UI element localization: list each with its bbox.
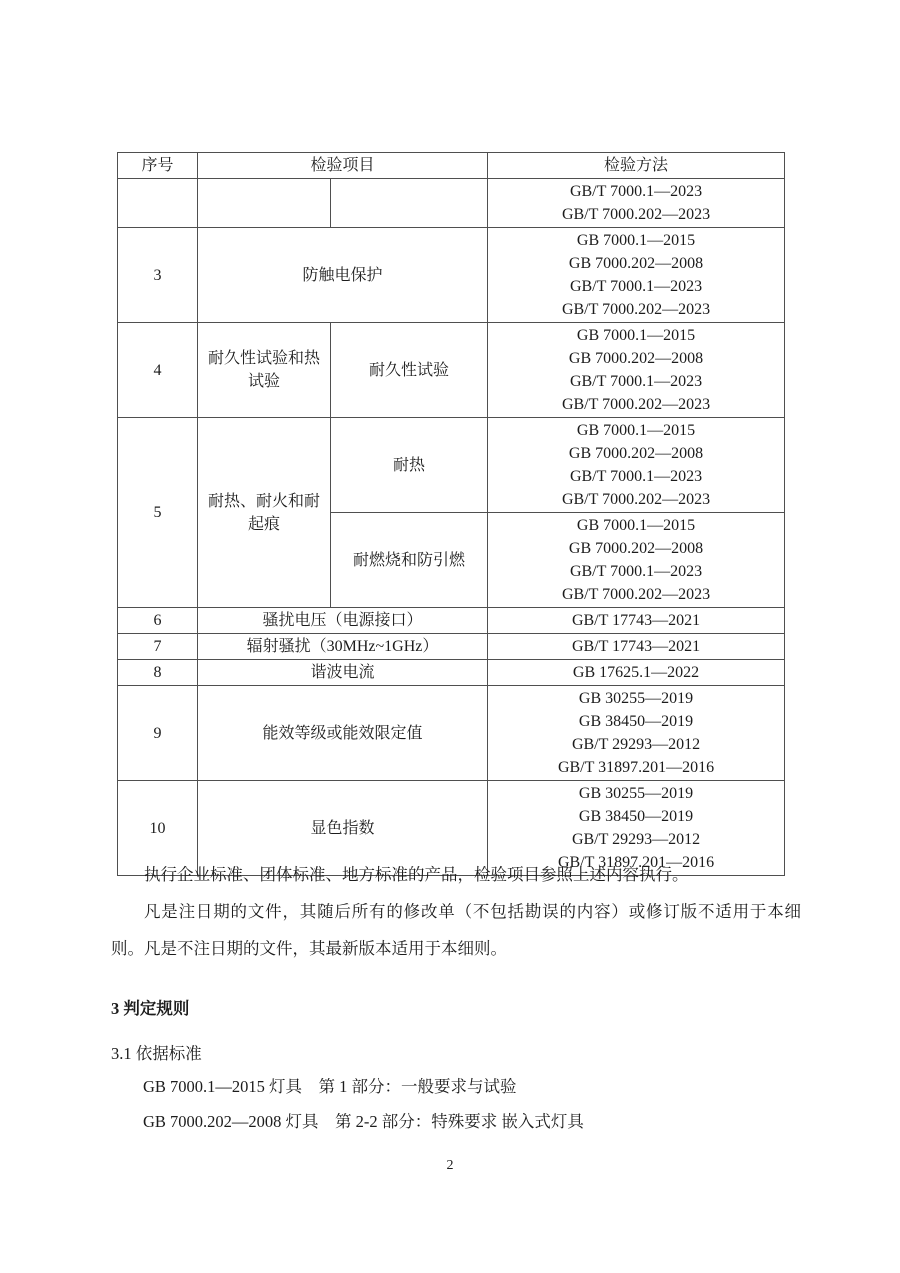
cell-methods: GB 30255—2019 GB 38450—2019 GB/T 29293—2… — [488, 686, 785, 781]
cell-no: 5 — [118, 418, 198, 608]
cell-item: 防触电保护 — [198, 228, 488, 323]
cell-item: 耐热、耐火和耐 起痕 — [198, 418, 331, 608]
cell-no — [118, 179, 198, 228]
cell-methods: GB/T 17743—2021 — [488, 634, 785, 660]
cell-no: 9 — [118, 686, 198, 781]
standard-reference-line: GB 7000.202—2008 灯具 第 2-2 部分：特殊要求 嵌入式灯具 — [143, 1103, 584, 1140]
table-row: 9 能效等级或能效限定值 GB 30255—2019 GB 38450—2019… — [118, 686, 785, 781]
header-cell-no: 序号 — [118, 153, 198, 179]
cell-item — [198, 179, 331, 228]
table-row: GB/T 7000.1—2023 GB/T 7000.202—2023 — [118, 179, 785, 228]
table-header-row: 序号 检验项目 检验方法 — [118, 153, 785, 179]
cell-methods: GB 17625.1—2022 — [488, 660, 785, 686]
cell-item: 能效等级或能效限定值 — [198, 686, 488, 781]
notes-block: 执行企业标准、团体标准、地方标准的产品，检验项目参照上述内容执行。 凡是注日期的… — [111, 856, 801, 967]
cell-item: 谐波电流 — [198, 660, 488, 686]
section-heading-judgment-rules: 3 判定规则 — [111, 990, 189, 1027]
cell-no: 8 — [118, 660, 198, 686]
table-row: 8 谐波电流 GB 17625.1—2022 — [118, 660, 785, 686]
cell-methods: GB 7000.1—2015 GB 7000.202—2008 GB/T 700… — [488, 323, 785, 418]
cell-subitem: 耐燃烧和防引燃 — [331, 513, 488, 608]
section-subheading-basis-standards: 3.1 依据标准 — [111, 1035, 202, 1072]
cell-subitem — [331, 179, 488, 228]
standard-reference-line: GB 7000.1—2015 灯具 第 1 部分：一般要求与试验 — [143, 1068, 517, 1105]
cell-item: 骚扰电压（电源接口） — [198, 608, 488, 634]
cell-methods: GB/T 7000.1—2023 GB/T 7000.202—2023 — [488, 179, 785, 228]
table-row: 6 骚扰电压（电源接口） GB/T 17743—2021 — [118, 608, 785, 634]
cell-methods: GB 7000.1—2015 GB 7000.202—2008 GB/T 700… — [488, 513, 785, 608]
cell-methods: GB 7000.1—2015 GB 7000.202—2008 GB/T 700… — [488, 228, 785, 323]
cell-methods: GB/T 17743—2021 — [488, 608, 785, 634]
cell-no: 6 — [118, 608, 198, 634]
note-paragraph-dated-documents: 凡是注日期的文件，其随后所有的修改单（不包括勘误的内容）或修订版不适用于本细则。… — [111, 893, 801, 967]
cell-no: 7 — [118, 634, 198, 660]
cell-no: 4 — [118, 323, 198, 418]
page-number: 2 — [0, 1155, 900, 1177]
cell-item: 耐久性试验和热 试验 — [198, 323, 331, 418]
document-page: 序号 检验项目 检验方法 GB/T 7000.1—2023 GB/T 7000.… — [0, 0, 900, 1273]
cell-methods: GB 7000.1—2015 GB 7000.202—2008 GB/T 700… — [488, 418, 785, 513]
cell-subitem: 耐久性试验 — [331, 323, 488, 418]
table-row: 4 耐久性试验和热 试验 耐久性试验 GB 7000.1—2015 GB 700… — [118, 323, 785, 418]
table-row: 7 辐射骚扰（30MHz~1GHz） GB/T 17743—2021 — [118, 634, 785, 660]
cell-item: 辐射骚扰（30MHz~1GHz） — [198, 634, 488, 660]
table-row: 5 耐热、耐火和耐 起痕 耐热 GB 7000.1—2015 GB 7000.2… — [118, 418, 785, 513]
cell-subitem: 耐热 — [331, 418, 488, 513]
note-paragraph-execution: 执行企业标准、团体标准、地方标准的产品，检验项目参照上述内容执行。 — [111, 856, 801, 893]
header-cell-method: 检验方法 — [488, 153, 785, 179]
cell-no: 3 — [118, 228, 198, 323]
inspection-methods-table: 序号 检验项目 检验方法 GB/T 7000.1—2023 GB/T 7000.… — [117, 152, 785, 876]
header-cell-item: 检验项目 — [198, 153, 488, 179]
table-row: 3 防触电保护 GB 7000.1—2015 GB 7000.202—2008 … — [118, 228, 785, 323]
